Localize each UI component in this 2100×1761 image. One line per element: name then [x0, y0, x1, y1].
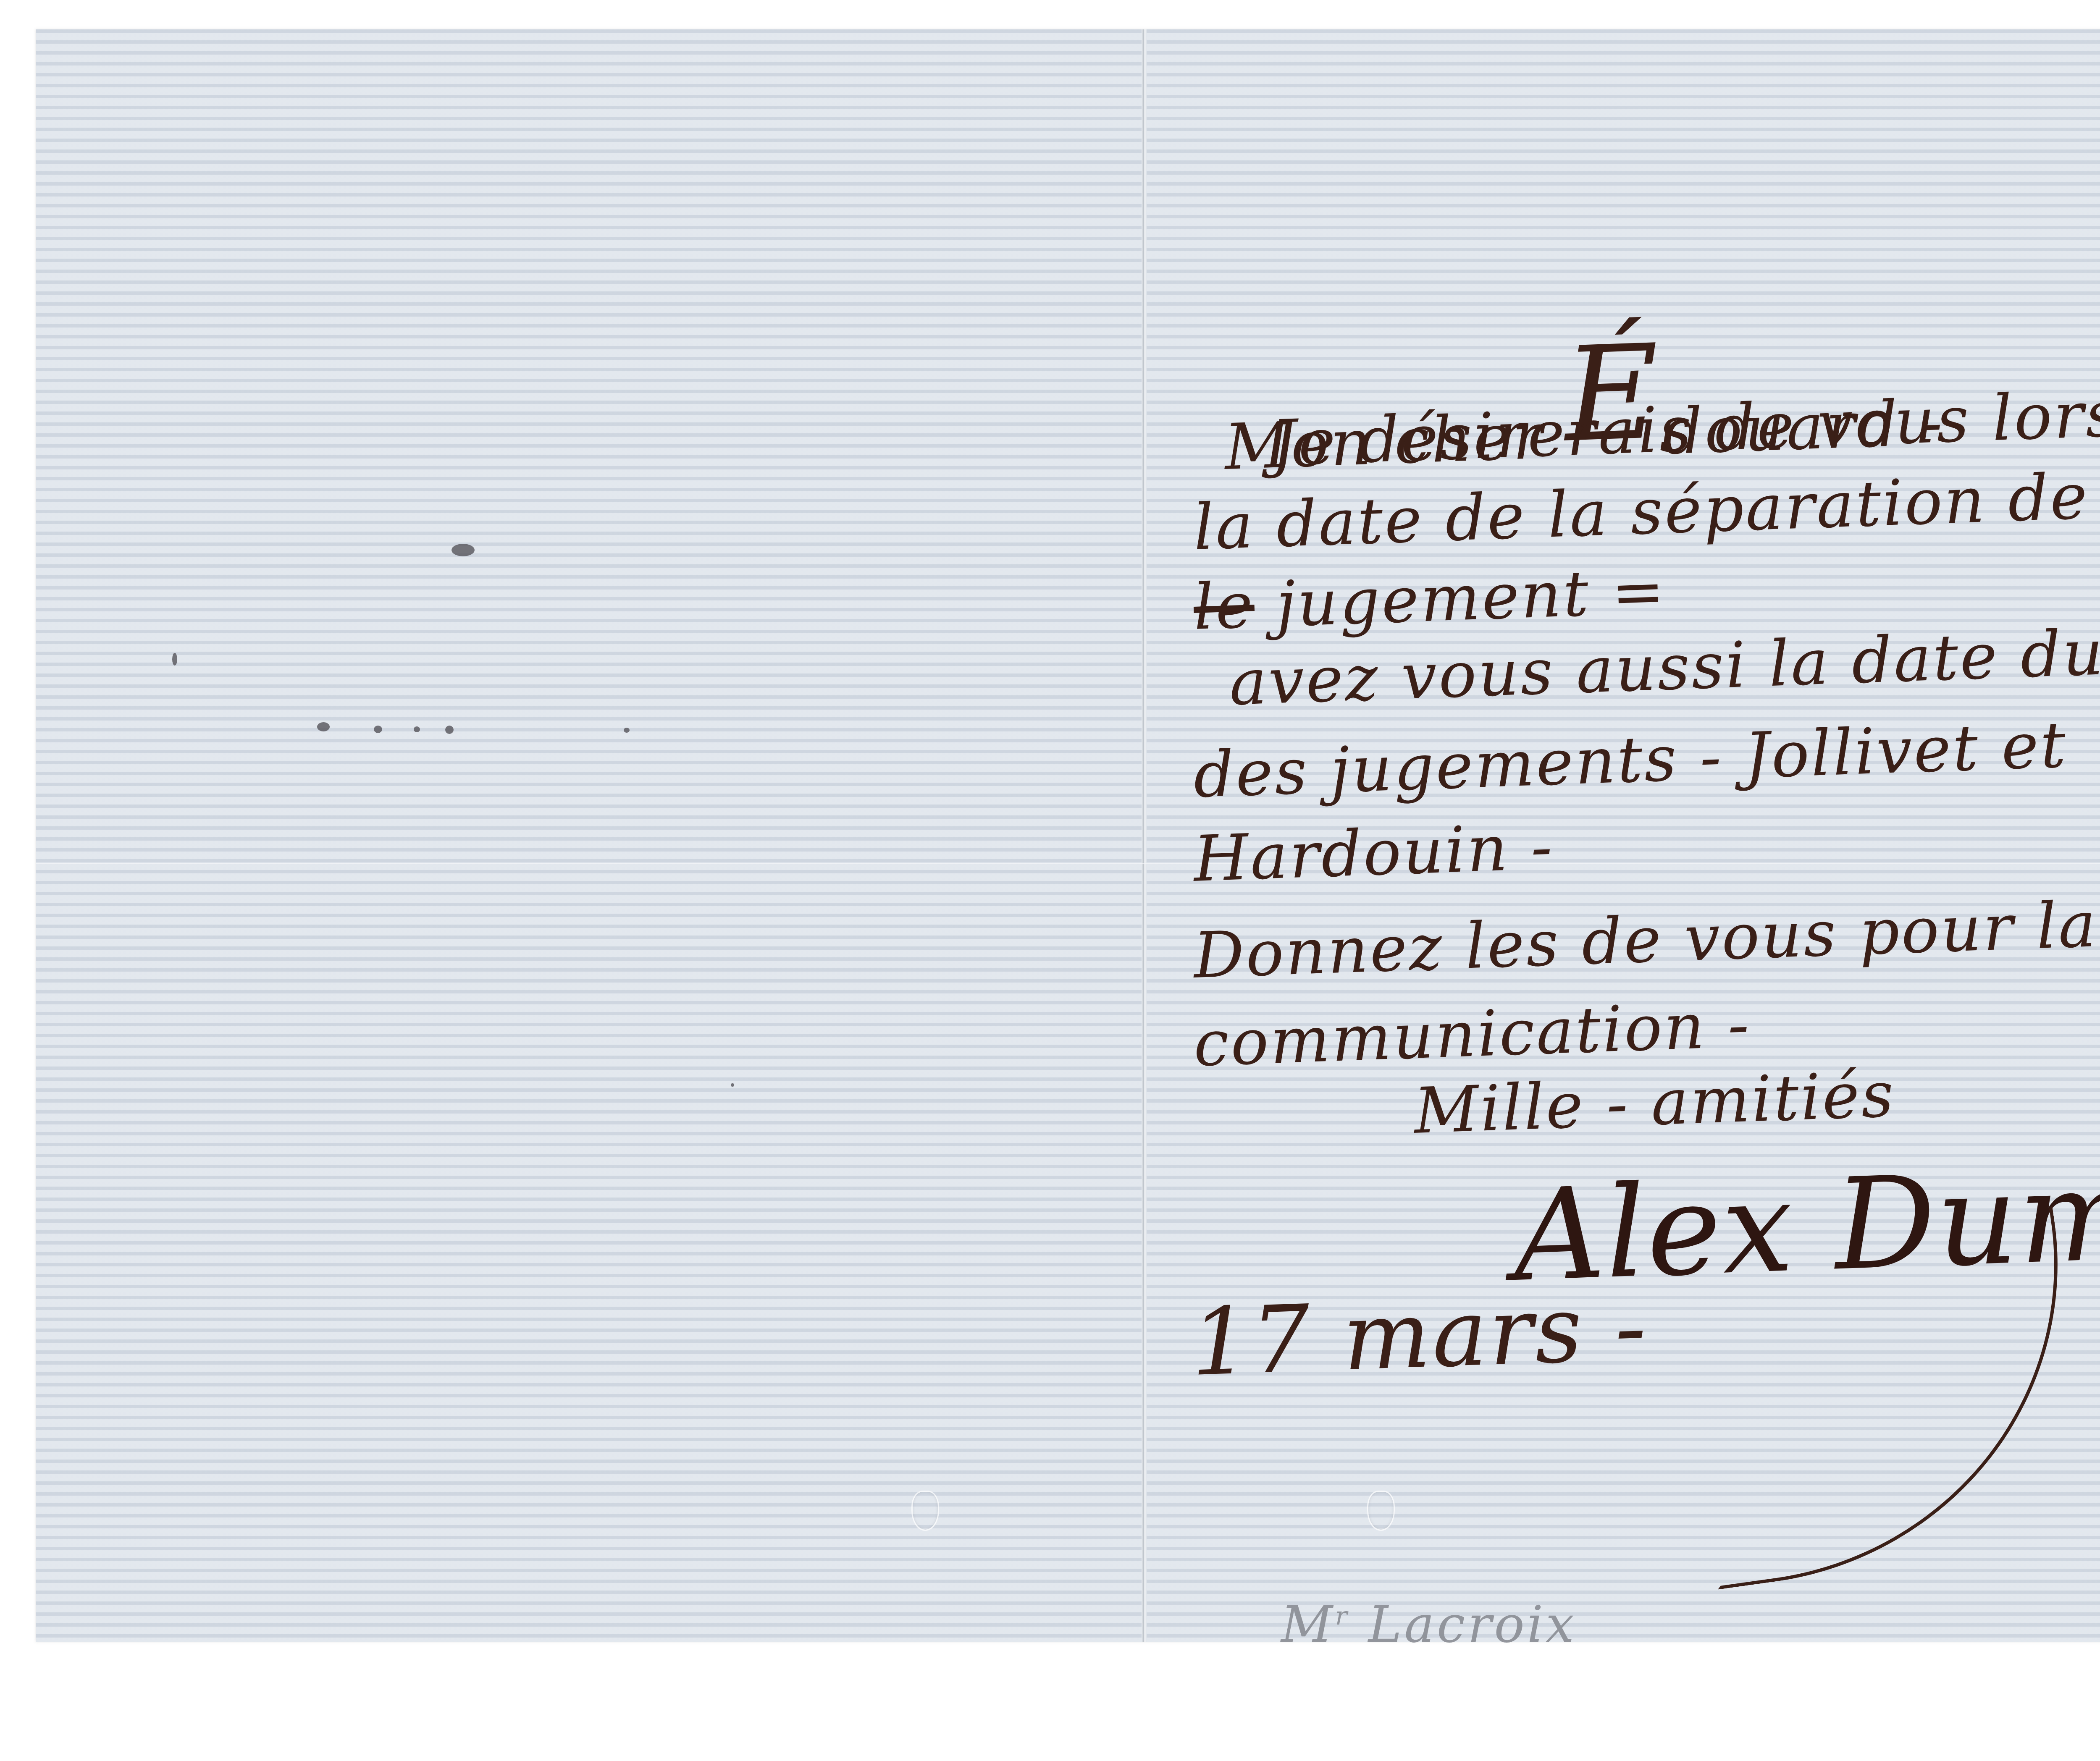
struck-word: le — [1192, 569, 1256, 644]
signature-flourish — [1671, 1205, 2099, 1590]
embossed-stamp — [1367, 1491, 1395, 1531]
letter-sheet: Mon cher Édouard - Je désirerais de vous… — [36, 29, 2100, 1642]
annotation-prefix: M — [1281, 1596, 1335, 1654]
embossed-stamp — [911, 1491, 939, 1531]
ink-speck — [624, 728, 630, 733]
letter-date: 17 mars - — [1189, 1273, 1649, 1397]
ink-speck — [317, 722, 330, 731]
annotation-prefix-sup: r — [1335, 1601, 1350, 1631]
right-page-letter: Mon cher Édouard - Je désirerais de vous… — [1147, 29, 2100, 1642]
center-fold — [1142, 29, 1147, 1642]
letter-line-7: Donnez les de vous pour la — [1192, 888, 2099, 993]
ink-speck — [414, 726, 420, 732]
ink-speck — [731, 1083, 734, 1087]
letter-line-6: Hardouin - — [1192, 810, 1555, 896]
ink-speck — [172, 653, 177, 666]
letter-line-5: des jugements - Jollivet et — [1192, 708, 2068, 812]
line-text: jugement = — [1253, 555, 1667, 642]
left-page-blank — [36, 29, 1142, 1642]
ink-speck — [451, 544, 475, 556]
letter-line-3: le jugement = — [1192, 555, 1667, 644]
pencil-annotation: Mr Lacroix — [1281, 1596, 1577, 1654]
closing: Mille - amitiés — [1413, 1058, 1896, 1148]
ink-speck — [445, 726, 454, 734]
ink-speck — [374, 726, 382, 733]
annotation-name: Lacroix — [1350, 1596, 1577, 1654]
